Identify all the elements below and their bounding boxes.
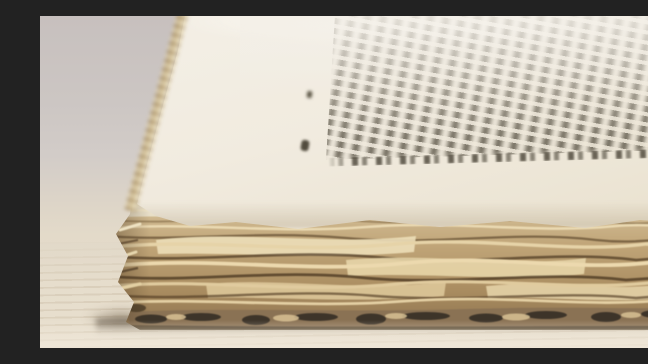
book-photograph [40,16,648,348]
foreground-blur [40,320,648,348]
